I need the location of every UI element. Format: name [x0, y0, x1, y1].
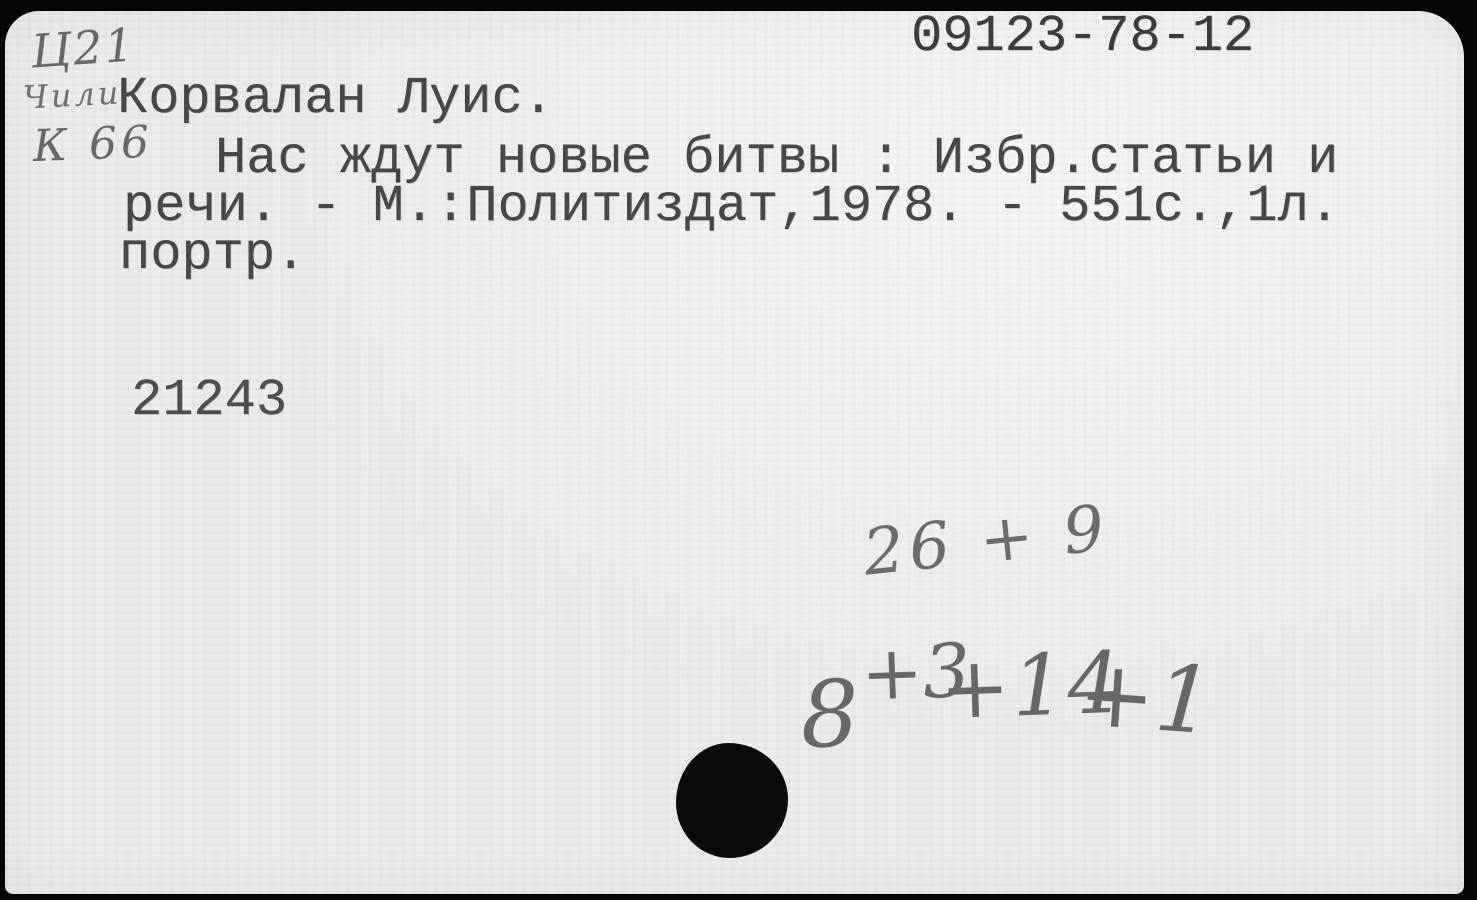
handwritten-tally-line-1: 26 + 9	[860, 496, 1112, 585]
tally2-term-1: 8	[799, 668, 861, 762]
title-statement-line-3: портр.	[119, 229, 306, 281]
tally2-term-4: +1	[1075, 647, 1217, 748]
handwritten-region-label: Чили	[22, 76, 122, 113]
inventory-number: 21243	[131, 375, 287, 427]
handwritten-author-cutter: К 66	[32, 121, 153, 169]
catalog-card: Ц21 Чили К 66 09123-78-12 Корвалан Луис.…	[5, 11, 1464, 894]
punch-hole	[676, 743, 788, 858]
handwritten-tally-line-2: 8 +3 +14 +1	[798, 626, 1202, 770]
handwritten-call-number: Ц21	[30, 21, 138, 74]
scanned-card-photo: Ц21 Чили К 66 09123-78-12 Корвалан Луис.…	[0, 0, 1477, 900]
card-series-number: 09123-78-12	[911, 11, 1254, 63]
author-heading: Корвалан Луис.	[117, 73, 554, 125]
